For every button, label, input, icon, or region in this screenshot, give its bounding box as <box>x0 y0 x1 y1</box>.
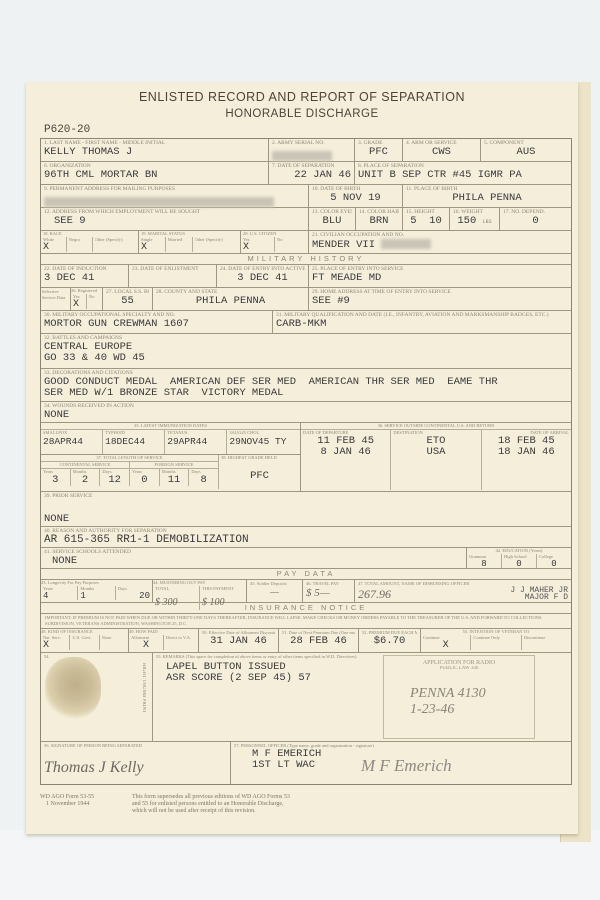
field-battles: 32. BATTLES AND CAMPAIGNS CENTRAL EUROPE… <box>41 334 571 368</box>
field-reason: 40. REASON AND AUTHORITY FOR SEPARATION … <box>41 527 571 547</box>
background <box>0 830 600 900</box>
field-organization: 6. ORGANIZATION 96TH CML MORTAR BN <box>41 162 269 184</box>
race-white-mark: X <box>43 243 64 252</box>
field-remarks: 55. REMARKS (This space for completion o… <box>153 653 571 741</box>
radio-stamp: APPLICATION FOR RADIO PUBLIC LAW 346 PEN… <box>383 655 535 739</box>
field-dependents: 17. No. Depend. 0 <box>500 208 571 230</box>
field-schools: 41. SERVICE SCHOOLS ATTENDED NONE <box>41 548 467 568</box>
field-mos: 30. MILITARY OCCUPATIONAL SPECIALTY AND … <box>41 311 273 333</box>
field-qualification: 31. MILITARY QUALIFICATION AND DATE (i.e… <box>273 311 571 333</box>
field-wounds: 34. WOUNDS RECEIVED IN ACTION NONE <box>41 402 571 422</box>
form-grid: 1. LAST NAME - FIRST NAME - MIDDLE INITI… <box>40 138 572 785</box>
field-enlistment: 23. Date of Enlistment <box>129 265 217 287</box>
field-next-premium: 51. Date of Next Premium Due (One month … <box>279 629 359 652</box>
field-county: 28. COUNTY AND STATE PHILA PENNA <box>153 288 309 310</box>
field-person-signature: 56. SIGNATURE OF PERSON BEING SEPARATED … <box>41 742 231 784</box>
section-insurance-notice: INSURANCE NOTICE <box>41 603 571 614</box>
field-effective-date: 50. Effective Date of Allotment Disconti… <box>199 629 279 652</box>
field-dob: 10. DATE OF BIRTH 5 NOV 19 <box>309 185 403 207</box>
field-weight: 16. WEIGHT 150 LBS <box>450 208 500 230</box>
field-thumb-print: 54. RIGHT THUMB PRINT <box>41 653 153 741</box>
field-employment: 12. ADDRESS FROM WHICH EMPLOYMENT WILL B… <box>41 208 309 230</box>
name-value: KELLY THOMAS J <box>44 147 265 158</box>
field-selective-service: Selective Service Data <box>41 288 71 310</box>
field-total-amount: 47. TOTAL AMOUNT, NAME OF DISBURSING OFF… <box>355 580 571 602</box>
field-height: 15. HEIGHT 5 10 <box>403 208 450 230</box>
form-code: P620-20 <box>44 124 90 136</box>
field-occupation: 21. CIVILIAN OCCUPATION AND NO. MENDER V… <box>309 231 571 253</box>
thumbprint-image <box>45 657 101 719</box>
field-personnel-officer: 57. PERSONNEL OFFICER (Type name, grade … <box>231 742 571 784</box>
field-registered: 26. Registered YesX No <box>71 288 103 310</box>
field-active-service: 24. Date of Entry Into Active Service 3 … <box>217 265 309 287</box>
redacted-serial <box>272 151 332 161</box>
document-subtitle: HONORABLE DISCHARGE <box>26 108 578 120</box>
field-travel-pay: 46. TRAVEL PAY $ 5— <box>303 580 355 602</box>
field-address: 9. PERMANENT ADDRESS FOR MAILING PURPOSE… <box>41 185 309 207</box>
field-induction: 22. DATE OF INDUCTION 3 DEC 41 <box>41 265 129 287</box>
field-intention: 53. INTENTION OF VETERAN TO ContinueX Co… <box>421 629 571 652</box>
field-grade: 3. GRADE PFC <box>355 139 403 161</box>
field-immunization-and-length: 35. LATEST IMMUNIZATION DATES SMALLPOX28… <box>41 423 301 491</box>
field-arm: 4. ARM OR SERVICE CWS <box>403 139 481 161</box>
field-home-address: 29. HOME ADDRESS AT TIME OF ENTRY INTO S… <box>309 288 571 310</box>
field-deposits: 45. Soldier Deposits — <box>247 580 303 602</box>
marital-single-mark: X <box>141 243 163 252</box>
field-prior-service: 39. PRIOR SERVICE NONE <box>41 492 571 526</box>
redacted-occupation-no <box>381 239 431 249</box>
field-eyes: 13. Color Eyes BLU <box>309 208 356 230</box>
document-title: ENLISTED RECORD AND REPORT OF SEPARATION <box>26 90 578 104</box>
discharge-document: ENLISTED RECORD AND REPORT OF SEPARATION… <box>26 82 578 834</box>
redacted-address <box>44 197 274 207</box>
field-education: 42. EDUCATION (Years) Grammar8 High Scho… <box>467 548 571 568</box>
field-longevity: 43. Longevity For Pay Purposes Years4 Mo… <box>41 580 153 602</box>
field-entry-place: 25. PLACE OF ENTRY INTO SERVICE FT MEADE… <box>309 265 571 287</box>
officer-signature: M F Emerich <box>361 756 452 776</box>
field-component: 5. COMPONENT AUS <box>481 139 571 161</box>
section-pay-data: PAY DATA <box>41 569 571 580</box>
field-pob: 11. PLACE OF BIRTH PHILA PENNA <box>403 185 571 207</box>
insurance-important: IMPORTANT: IF PREMIUM IS NOT PAID WHEN D… <box>41 614 571 629</box>
field-hair: 14. Color Hair BRN <box>356 208 403 230</box>
citizen-yes-mark: X <box>243 243 272 252</box>
field-date-separation: 7. DATE OF SEPARATION 22 JAN 46 <box>269 162 355 184</box>
field-name: 1. LAST NAME - FIRST NAME - MIDDLE INITI… <box>41 139 269 161</box>
field-board: 27. Local S.S. Board No. 55 <box>103 288 153 310</box>
field-outside-service: 36. SERVICE OUTSIDE CONTINENTAL U.S. AND… <box>301 423 571 491</box>
field-place-separation: 8. PLACE OF SEPARATION UNIT B SEP CTR #4… <box>355 162 571 184</box>
field-serial: 2. ARMY SERIAL NO. <box>269 139 355 161</box>
footer-notice: This form supersedes all previous editio… <box>132 794 292 815</box>
field-mustering-pay: 44. MUSTERING OUT PAY TOTAL$ 300 THIS PA… <box>153 580 247 602</box>
person-signature: Thomas J Kelly <box>44 759 227 777</box>
field-race: 18. RACE WhiteX Negro Other (Specify) <box>41 231 139 253</box>
section-military-history: MILITARY HISTORY <box>41 254 571 265</box>
field-how-paid: 49. HOW PAID AllotmentX Direct to V.A. <box>129 629 199 652</box>
field-marital: 19. MARITAL STATUS SingleX Married Other… <box>139 231 241 253</box>
field-citizen: 20. U.S. CITIZEN YesX No <box>241 231 309 253</box>
field-premium: 52. PREMIUM DUE EACH MONTH $6.70 <box>359 629 421 652</box>
field-insurance-kind: 48. KIND OF INSURANCE Nat. Serv.X U.S. G… <box>41 629 129 652</box>
field-decorations: 33. DECORATIONS AND CITATIONS GOOD CONDU… <box>41 369 571 401</box>
